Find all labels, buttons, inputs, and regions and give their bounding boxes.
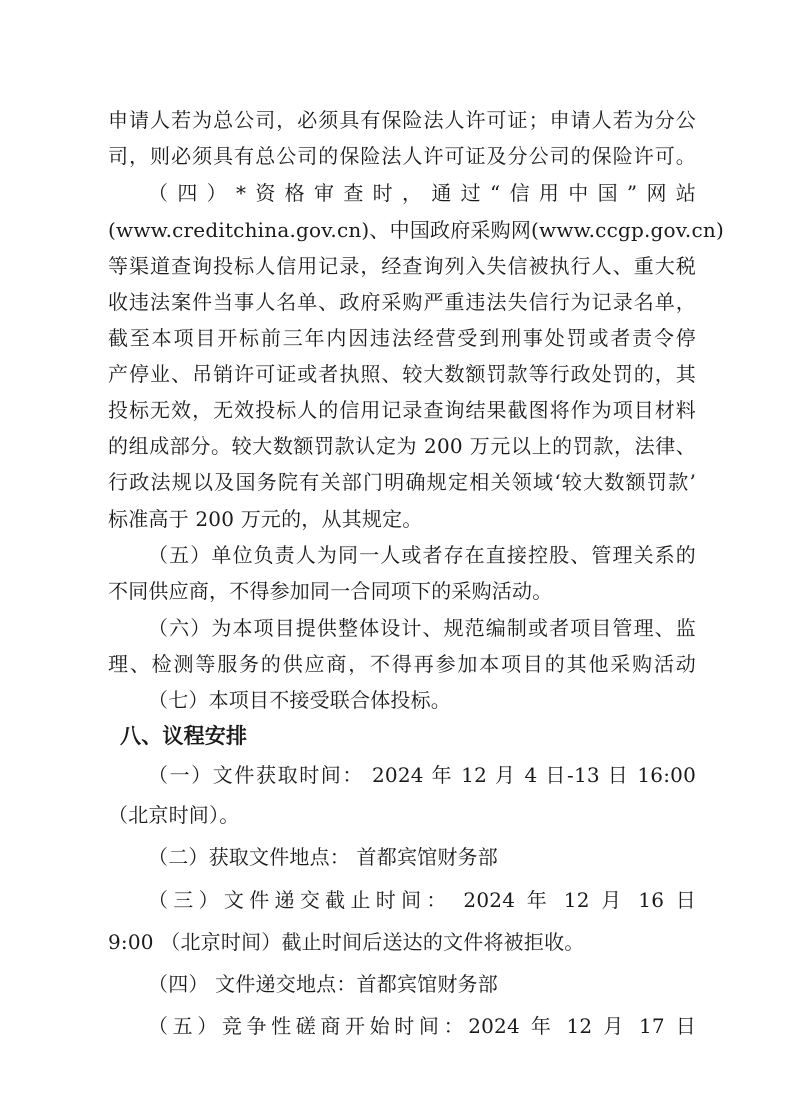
paragraph-line: 等渠道查询投标人信用记录，经查询列入失信被执行人、重大税 (108, 252, 696, 280)
paragraph-line: 投标无效，无效投标人的信用记录查询结果截图将作为项目材料 (108, 396, 696, 424)
paragraph-line: 的组成部分。较大数额罚款认定为 200 万元以上的罚款，法律、 (108, 432, 696, 460)
paragraph-line: （四）*资格审查时，通过“信用中国”网站 (148, 179, 696, 207)
schedule-line: （北京时间）。 (108, 801, 696, 829)
document-page: 申请人若为总公司，必须具有保险法人许可证；申请人若为分公司，则必须具有总公司的保… (0, 0, 790, 1119)
paragraph-line: （五）单位负责人为同一人或者存在直接控股、管理关系的 (148, 541, 696, 569)
paragraph-line: (www.creditchina.gov.cn)、中国政府采购网(www.ccg… (108, 216, 696, 244)
paragraph-line: 申请人若为总公司，必须具有保险法人许可证；申请人若为分公 (108, 106, 696, 134)
paragraph-line: （七）本项目不接受联合体投标。 (148, 686, 696, 714)
paragraph-line: 标准高于 200 万元的，从其规定。 (108, 505, 696, 533)
schedule-line: （四） 文件递交地点：首都宾馆财务部 (148, 970, 696, 998)
paragraph-line: 不同供应商，不得参加同一合同项下的采购活动。 (108, 577, 696, 605)
schedule-line: （二）获取文件地点： 首都宾馆财务部 (148, 843, 696, 871)
schedule-line: （一）文件获取时间： 2024 年 12 月 4 日-13 日 16:00 (148, 761, 696, 789)
schedule-line: （三）文件递交截止时间： 2024 年 12 月 16 日 (148, 886, 696, 914)
schedule-line: （五）竞争性磋商开始时间：2024 年 12 月 17 日 (148, 1012, 696, 1040)
schedule-line: 9:00 （北京时间）截止时间后送达的文件将被拒收。 (108, 928, 696, 956)
paragraph-line: 司，则必须具有总公司的保险法人许可证及分公司的保险许可。 (108, 142, 696, 170)
paragraph-line: 产停业、吊销许可证或者执照、较大数额罚款等行政处罚的，其 (108, 360, 696, 388)
paragraph-line: 行政法规以及国务院有关部门明确规定相关领域‘较大数额罚款’ (108, 468, 696, 496)
paragraph-line: 截至本项目开标前三年内因违法经营受到刑事处罚或者责令停 (108, 324, 696, 352)
section-heading: 八、议程安排 (120, 722, 708, 750)
paragraph-line: 收违法案件当事人名单、政府采购严重违法失信行为记录名单， (108, 288, 696, 316)
paragraph-line: （六）为本项目提供整体设计、规范编制或者项目管理、监 (148, 614, 696, 642)
paragraph-line: 理、检测等服务的供应商，不得再参加本项目的其他采购活动 (108, 650, 696, 678)
